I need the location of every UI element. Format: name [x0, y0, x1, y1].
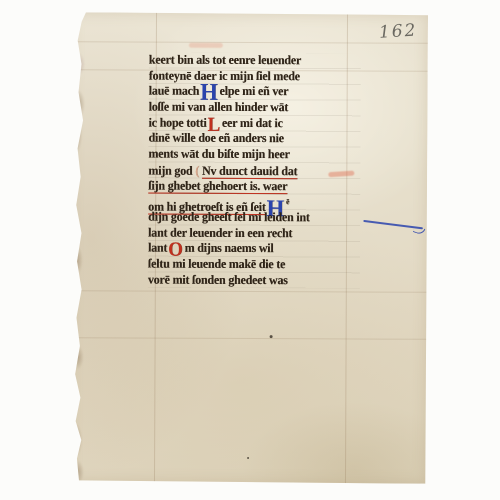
- text-line-7: ments wāt du biſte mijn heer: [148, 147, 349, 164]
- text-segment: elpe mi eñ ver: [220, 84, 289, 98]
- text-segment: eer mi dat ic: [222, 116, 283, 130]
- text-segment: ſeltu mi leuende makē die te: [148, 256, 285, 271]
- ruling-line-horizontal-lower: [70, 337, 427, 340]
- text-segment: ſijn ghebet ghehoert is. waer: [148, 178, 287, 193]
- text-segment: ments wāt du biſte mijn heer: [148, 147, 289, 162]
- text-segment: dijn goede gheeſt ſel mi leiden int: [148, 209, 310, 224]
- text-segment: loſſe mi van allen hinder wāt: [149, 100, 289, 115]
- text-line-10: om hi ghetroeſt is eñ ſeitHē: [148, 194, 349, 211]
- photo-backdrop: 162 keert bin als tot eenre leuenderfont…: [0, 0, 500, 500]
- text-segment: dinē wille doe eñ anders nie: [148, 131, 283, 146]
- text-line-1: keert bin als tot eenre leuender: [149, 53, 350, 70]
- text-segment: keert bin als tot eenre leuender: [149, 53, 301, 68]
- manuscript-leaf: 162 keert bin als tot eenre leuenderfont…: [69, 12, 428, 484]
- text-line-14: ſeltu mi leuende makē die te: [148, 256, 349, 273]
- text-line-13: lantOm dijns naems wil: [148, 241, 349, 258]
- text-segment: ē: [286, 197, 289, 206]
- text-line-6: dinē wille doe eñ anders nie: [148, 131, 349, 148]
- text-segment: lauē mach: [149, 84, 200, 98]
- text-line-2: fonteynē daer ic mijn ſiel mede: [149, 68, 350, 85]
- text-segment: m dijns naems wil: [185, 241, 274, 255]
- ruling-line-horizontal-textend: [70, 290, 427, 293]
- text-segment: lant der leuender in een recht: [148, 225, 292, 240]
- text-segment: lant: [148, 241, 167, 255]
- blue-pen-flourish: [363, 220, 423, 230]
- text-segment: Nv dunct dauid dat: [202, 164, 297, 178]
- ink-speck: [247, 457, 249, 459]
- text-segment: fonteynē daer ic mijn ſiel mede: [149, 68, 300, 83]
- text-line-3: lauē machHelpe mi eñ ver: [149, 84, 350, 101]
- text-line-11: dijn goede gheeſt ſel mi leiden int: [148, 209, 349, 226]
- text-block: keert bin als tot eenre leuenderfonteynē…: [148, 53, 361, 289]
- text-segment: vorē mit ſonden ghedeet was: [148, 272, 288, 287]
- ink-speck: [270, 335, 273, 338]
- red-showthrough-mark: [189, 43, 223, 48]
- text-line-9: ſijn ghebet ghehoert is. waer: [148, 178, 349, 195]
- pencil-folio-number: 162: [378, 20, 418, 42]
- text-line-15: vorē mit ſonden ghedeet was: [148, 272, 349, 289]
- text-line-4: loſſe mi van allen hinder wāt: [149, 100, 350, 117]
- text-segment: mijn god: [148, 163, 192, 177]
- left-edge-stains: [69, 12, 99, 482]
- text-segment: ic hope totti: [149, 115, 207, 129]
- text-line-8: mijn god(Nv dunct dauid dat: [148, 162, 349, 179]
- paraph-mark: (: [195, 163, 199, 178]
- text-line-5: ic hope tottiLeer mi dat ic: [149, 115, 350, 132]
- ruling-line-horizontal-top1: [71, 41, 428, 44]
